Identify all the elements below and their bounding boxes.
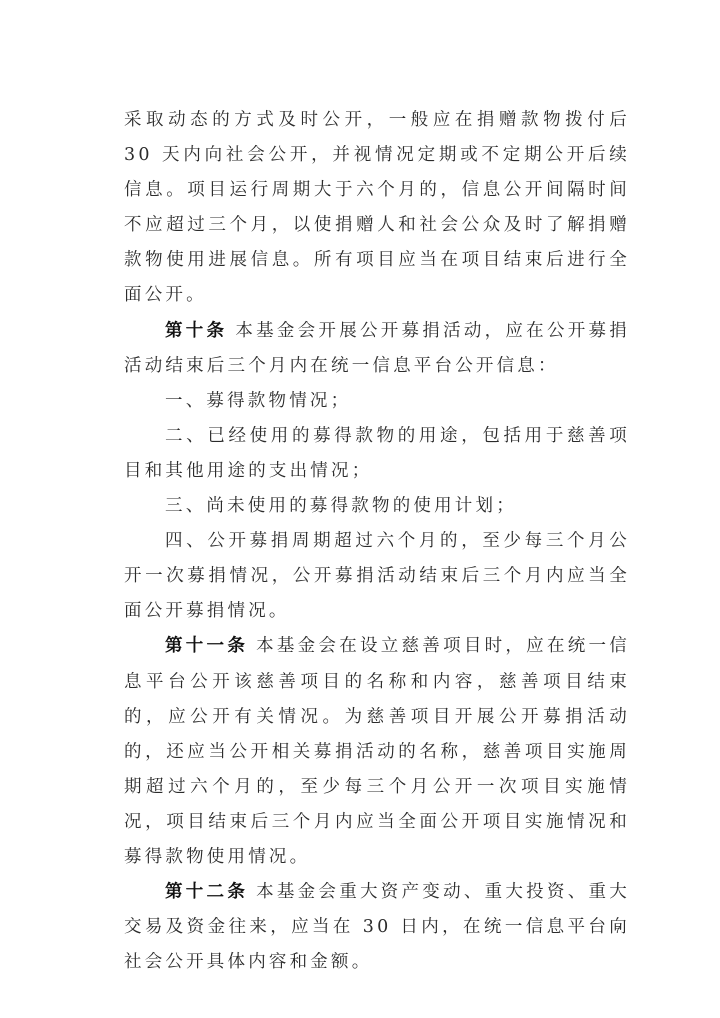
paragraph-continuation: 采取动态的方式及时公开，一般应在捐赠款物拨付后 30 天内向社会公开，并视情况定… [124,103,630,314]
article-11-title: 第十一条 [165,636,248,656]
list-item-2: 二、已经使用的募得款物的用途，包括用于慈善项目和其他用途的支出情况； [124,419,630,489]
article-10-title: 第十条 [165,321,227,341]
list-item-1: 一、募得款物情况； [124,384,630,419]
article-12-title: 第十二条 [165,882,248,902]
document-page: 采取动态的方式及时公开，一般应在捐赠款物拨付后 30 天内向社会公开，并视情况定… [124,103,630,980]
article-11-text: 本基金会在设立慈善项目时，应在统一信息平台公开该慈善项目的名称和内容，慈善项目结… [124,636,630,867]
list-item-4: 四、公开募捐周期超过六个月的，至少每三个月公开一次募捐情况，公开募捐活动结束后三… [124,524,630,629]
list-item-3: 三、尚未使用的募得款物的使用计划； [124,489,630,524]
article-10: 第十条本基金会开展公开募捐活动，应在公开募捐活动结束后三个月内在统一信息平台公开… [124,314,630,384]
article-11: 第十一条本基金会在设立慈善项目时，应在统一信息平台公开该慈善项目的名称和内容，慈… [124,629,630,875]
page-number: 7 [615,925,621,936]
article-12: 第十二条本基金会重大资产变动、重大投资、重大交易及资金往来，应当在 30 日内，… [124,875,630,980]
